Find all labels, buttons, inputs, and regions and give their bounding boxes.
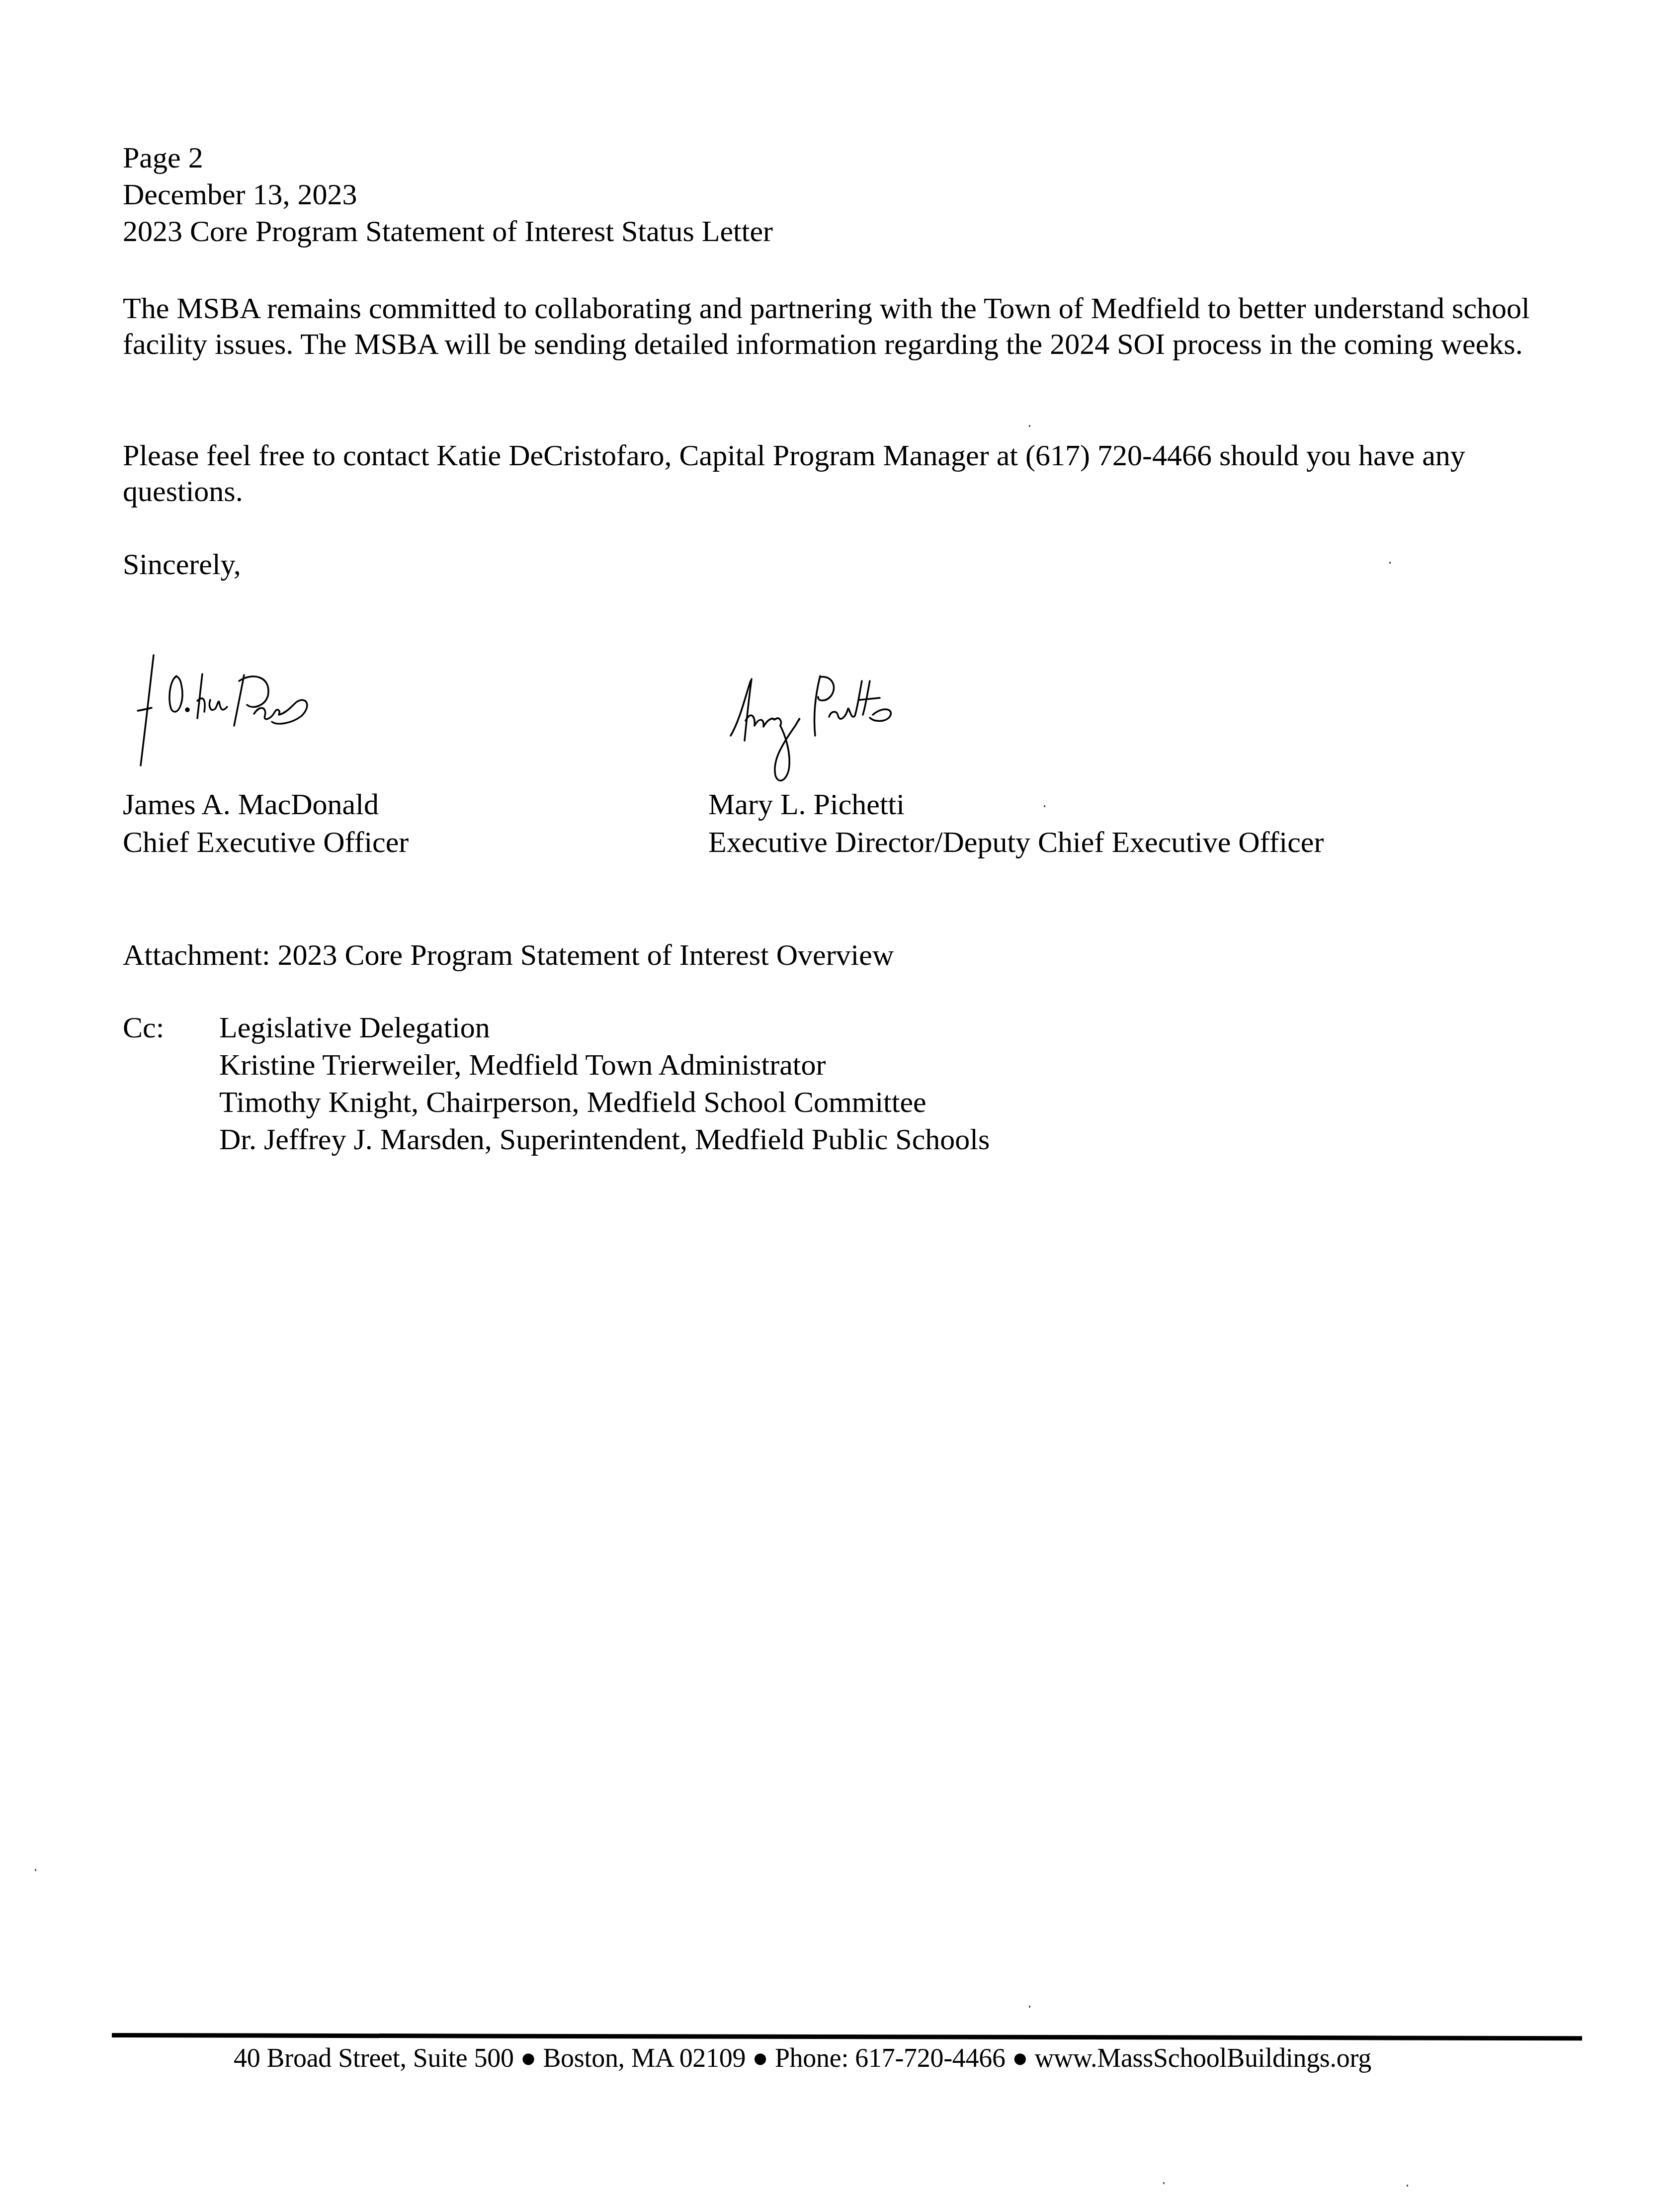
footer-city: Boston, MA 02109 xyxy=(543,2043,746,2073)
scan-speck xyxy=(35,1869,36,1871)
footer-phone: Phone: 617-720-4466 xyxy=(775,2043,1006,2073)
bullet-icon: ● xyxy=(520,2043,536,2073)
scan-speck xyxy=(1389,562,1391,564)
signature-macdonald-icon xyxy=(123,646,401,775)
letter-date: December 13, 2023 xyxy=(123,176,773,213)
cc-recipient: Kristine Trierweiler, Medfield Town Admi… xyxy=(219,1046,990,1084)
closing: Sincerely, xyxy=(123,546,241,583)
signatory-macdonald: James A. MacDonald Chief Executive Offic… xyxy=(123,785,409,861)
letter-page: Page 2 December 13, 2023 2023 Core Progr… xyxy=(0,0,1680,2202)
footer-website: www.MassSchoolBuildings.org xyxy=(1034,2043,1371,2073)
cc-recipient-list: Legislative Delegation Kristine Trierwei… xyxy=(219,1009,990,1158)
signature-pichetti-icon xyxy=(716,661,974,790)
cc-recipient: Timothy Knight, Chairperson, Medfield Sc… xyxy=(219,1084,990,1121)
signatory-pichetti: Mary L. Pichetti Executive Director/Depu… xyxy=(708,785,1324,861)
page-number: Page 2 xyxy=(123,139,773,176)
scan-speck xyxy=(1029,425,1030,427)
signatory-name: James A. MacDonald xyxy=(123,785,409,823)
scan-speck xyxy=(1163,2182,1165,2184)
footer-divider xyxy=(112,2033,1582,2040)
scan-speck xyxy=(1029,2006,1030,2008)
footer-address: 40 Broad Street, Suite 500 xyxy=(234,2043,514,2073)
signatory-title: Executive Director/Deputy Chief Executiv… xyxy=(708,823,1324,861)
footer-contact: 40 Broad Street, Suite 500 ● Boston, MA … xyxy=(234,2042,1371,2074)
body-paragraph-1: The MSBA remains committed to collaborat… xyxy=(123,290,1564,362)
bullet-icon: ● xyxy=(1012,2043,1028,2073)
bullet-icon: ● xyxy=(752,2043,768,2073)
cc-recipient: Legislative Delegation xyxy=(219,1009,990,1046)
signatory-name: Mary L. Pichetti xyxy=(708,785,1324,823)
body-paragraph-2: Please feel free to contact Katie DeCris… xyxy=(123,437,1564,509)
scan-speck xyxy=(1044,805,1045,807)
scan-speck xyxy=(1407,2185,1408,2187)
letter-subject: 2023 Core Program Statement of Interest … xyxy=(123,213,773,250)
attachment-note: Attachment: 2023 Core Program Statement … xyxy=(123,936,894,973)
signatory-title: Chief Executive Officer xyxy=(123,823,409,861)
cc-recipient: Dr. Jeffrey J. Marsden, Superintendent, … xyxy=(219,1121,990,1158)
cc-label: Cc: xyxy=(123,1009,164,1046)
letter-header: Page 2 December 13, 2023 2023 Core Progr… xyxy=(123,139,773,250)
